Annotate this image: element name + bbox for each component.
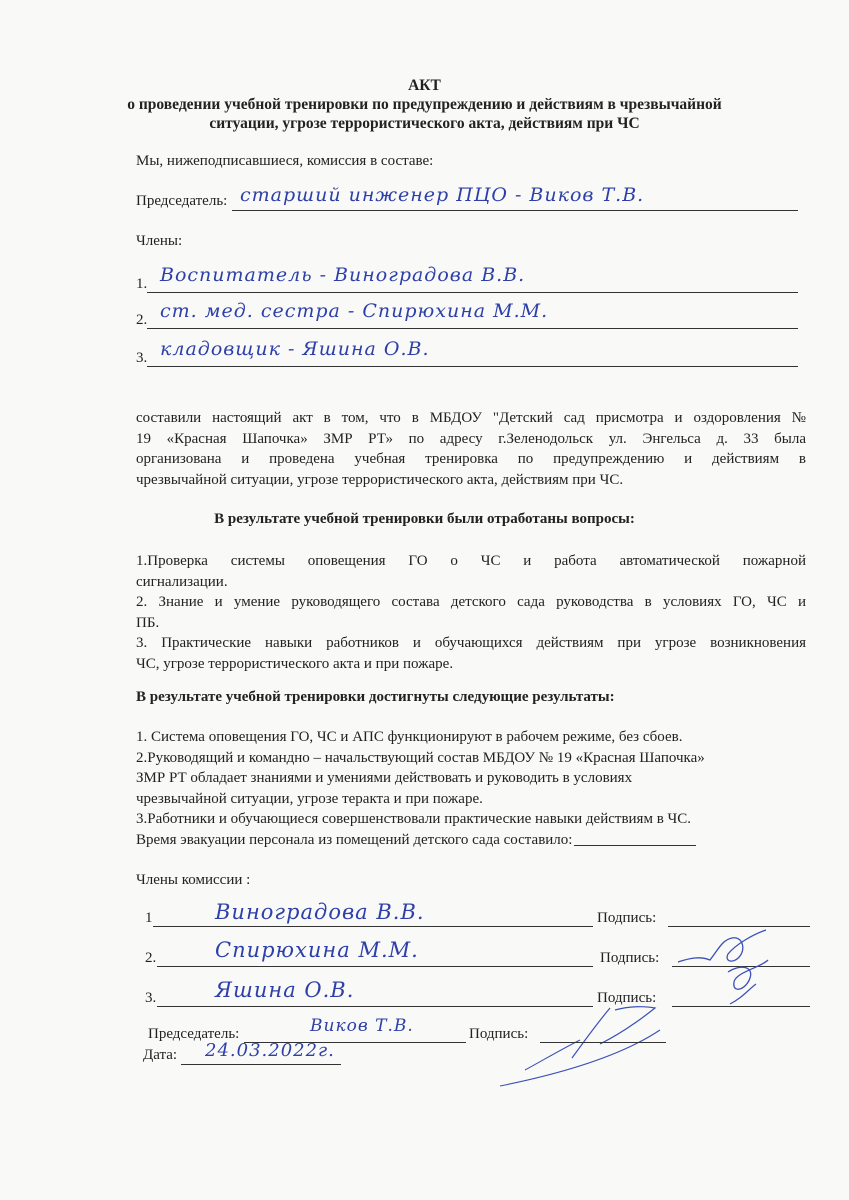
date-label: Дата: — [143, 1047, 177, 1064]
question-row: ПБ. — [136, 613, 806, 634]
commission-1-signature-label: Подпись: — [597, 910, 656, 927]
document-subtitle-line2: ситуации, угрозе террористического акта,… — [0, 115, 849, 133]
date-line — [181, 1064, 341, 1065]
result-row: чрезвычайной ситуации, угрозе теракта и … — [136, 789, 705, 810]
member-1-num: 1. — [136, 276, 147, 293]
question-row: ЧС, угрозе террористического акта и при … — [136, 654, 806, 675]
question-row: сигнализации. — [136, 572, 806, 593]
commission-2-num: 2. — [145, 950, 156, 967]
document-subtitle-line1: о проведении учебной тренировки по преду… — [0, 96, 849, 114]
member-2-handwritten: ст. мед. сестра - Спирюхина М.М. — [160, 300, 548, 322]
member-2-num: 2. — [136, 312, 147, 329]
body-row: чрезвычайной ситуации, угрозе террористи… — [136, 470, 806, 491]
body-row: составили настоящий акт в том, что в МБД… — [136, 408, 806, 429]
result-row: ЗМР РТ обладает знаниями и умениями дейс… — [136, 768, 705, 789]
member-1-line — [147, 292, 798, 293]
final-chairman-signature-label: Подпись: — [469, 1026, 528, 1043]
document-page: АКТ о проведении учебной тренировки по п… — [0, 0, 849, 1200]
question-row: 3. Практические навыки работников и обуч… — [136, 633, 806, 654]
question-row: 1.Проверка системы оповещения ГО о ЧС и … — [136, 551, 806, 572]
final-chairman-handwritten: Виков Т.В. — [310, 1016, 414, 1036]
member-3-handwritten: кладовщик - Яшина О.В. — [160, 338, 430, 360]
member-2-line — [147, 328, 798, 329]
result-row: 1. Система оповещения ГО, ЧС и АПС функц… — [136, 727, 705, 748]
body-paragraph: составили настоящий акт в том, что в МБД… — [136, 408, 806, 490]
evacuation-time-label: Время эвакуации персонала из помещений д… — [136, 830, 572, 851]
evacuation-time-line — [574, 845, 696, 846]
date-handwritten: 24.03.2022г. — [205, 1040, 335, 1061]
document-title: АКТ — [0, 77, 849, 95]
member-3-num: 3. — [136, 350, 147, 367]
member-3-line — [147, 366, 798, 367]
question-row: 2. Знание и умение руководящего состава … — [136, 592, 806, 613]
commission-3-num: 3. — [145, 990, 156, 1007]
questions-list: 1.Проверка системы оповещения ГО о ЧС и … — [136, 551, 806, 674]
members-label: Члены: — [136, 233, 182, 250]
signature-2-scribble — [670, 920, 780, 1020]
commission-2-line — [157, 966, 593, 967]
result-row: 2.Руководящий и командно – начальствующи… — [136, 748, 705, 769]
chairman-line — [232, 210, 798, 211]
questions-heading: В результате учебной тренировки были отр… — [0, 511, 849, 528]
commission-3-handwritten: Яшина О.В. — [215, 978, 354, 1002]
commission-1-num: 1 — [145, 910, 153, 927]
chairman-label: Председатель: — [136, 193, 227, 210]
body-row: 19 «Красная Шапочка» ЗМР РТ» по адресу г… — [136, 429, 806, 450]
results-heading: В результате учебной тренировки достигну… — [136, 689, 615, 706]
chairman-handwritten: старший инженер ПЦО - Виков Т.В. — [240, 184, 644, 206]
chairman-signature-scribble — [480, 1000, 680, 1090]
commission-1-line — [153, 926, 593, 927]
intro-text: Мы, нижеподписавшиеся, комиссия в состав… — [136, 153, 433, 170]
results-list: 1. Система оповещения ГО, ЧС и АПС функц… — [136, 727, 705, 850]
result-row: 3.Работники и обучающиеся совершенствова… — [136, 809, 705, 830]
commission-2-handwritten: Спирюхина М.М. — [215, 938, 419, 962]
member-1-handwritten: Воспитатель - Виноградова В.В. — [160, 264, 525, 286]
commission-label: Члены комиссии : — [136, 872, 250, 889]
final-chairman-signature-line — [540, 1042, 666, 1043]
body-row: организована и проведена учебная трениро… — [136, 449, 806, 470]
commission-2-signature-label: Подпись: — [600, 950, 659, 967]
commission-1-handwritten: Виноградова В.В. — [215, 900, 425, 924]
